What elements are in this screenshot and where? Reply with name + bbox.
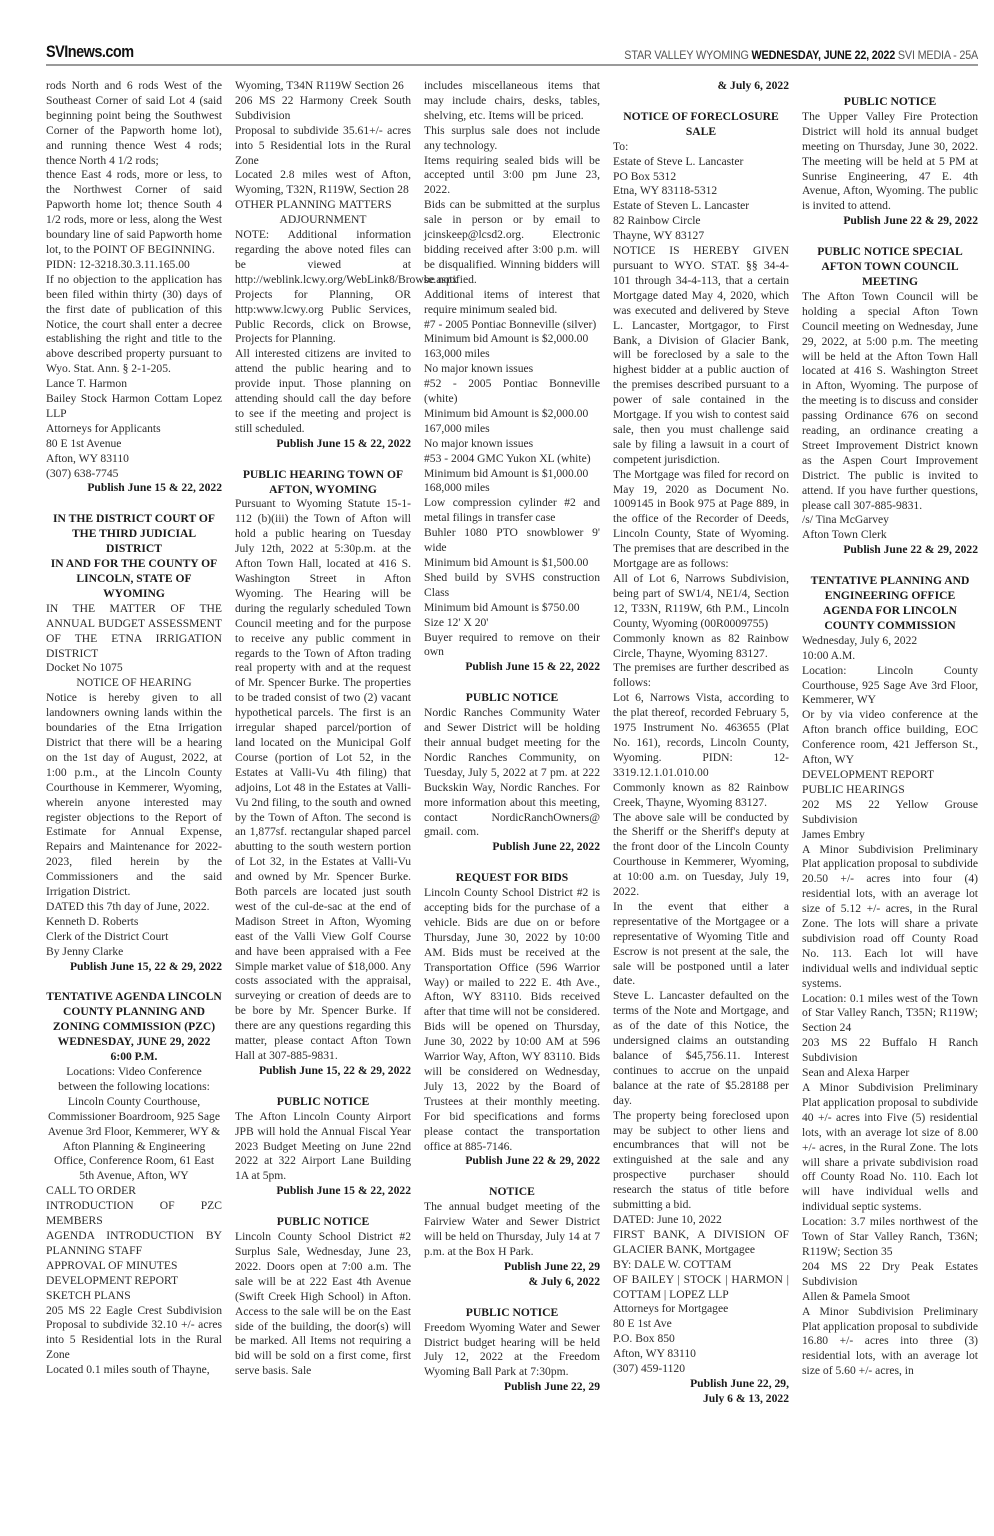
notice-heading: PUBLIC NOTICE <box>235 1215 411 1230</box>
notice-paragraph: NOTE: Additional information regarding t… <box>235 228 411 347</box>
notice-line: Lance T. Harmon <box>46 377 222 392</box>
notice-heading: PUBLIC NOTICE SPECIAL AFTON TOWN COUNCIL… <box>802 245 978 290</box>
dateline-suffix: SVI MEDIA - 25A <box>895 48 978 62</box>
publish-dates: Publish June 22, 2022 <box>424 840 600 855</box>
publish-dates: Publish June 15 & 22, 2022 <box>424 660 600 675</box>
notice-line: Wednesday, July 6, 2022 <box>802 634 978 649</box>
notice-paragraph: This surplus sale does not include any t… <box>424 124 600 154</box>
notice-line: No major known issues <box>424 437 600 452</box>
notice-paragraph: All interested citizens are invited to a… <box>235 347 411 436</box>
notice-centered-line: Locations: Video Conference between the … <box>46 1065 222 1184</box>
notice-line: OTHER PLANNING MATTERS <box>235 198 411 213</box>
notice-paragraph: IN THE MATTER OF THE ANNUAL BUDGET ASSES… <box>46 602 222 662</box>
notice-separator <box>424 1290 600 1306</box>
notice-line: Estate of Steven L. Lancaster <box>613 199 789 214</box>
notice-paragraph: Bids can be submitted at the surplus sal… <box>424 198 600 287</box>
publish-dates: & July 6, 2022 <box>424 1275 600 1290</box>
notice-heading: IN AND FOR THE COUNTY OF LINCOLN, STATE … <box>46 557 222 602</box>
notice-paragraph: Commonly known as 82 Rainbow Creek, Thay… <box>613 781 789 811</box>
notice-paragraph: Lot 6, Narrows Vista, according to the p… <box>613 691 789 780</box>
notice-paragraph: Wyoming, T34N R119W Section 26 <box>235 79 411 94</box>
notice-paragraph: Bailey Stock Harmon Cottam Lopez LLP <box>46 392 222 422</box>
notice-line: 163,000 miles <box>424 347 600 362</box>
notice-heading: NOTICE OF FORECLOSURE SALE <box>613 110 789 140</box>
notice-paragraph: In the event that either a representativ… <box>613 900 789 989</box>
notice-paragraph: The premises are further described as fo… <box>613 661 789 691</box>
notice-line: #53 - 2004 GMC Yukon XL (white) <box>424 452 600 467</box>
notice-line: Minimum bid Amount is $1,000.00 <box>424 467 600 482</box>
publish-dates: & July 6, 2022 <box>613 79 789 94</box>
notice-separator <box>424 675 600 691</box>
notice-paragraph: OF BAILEY | STOCK | HARMON | COTTAM | LO… <box>613 1273 789 1303</box>
notice-line: DATED this 7th day of June, 2022. <box>46 900 222 915</box>
notice-heading: TENTATIVE AGENDA LINCOLN COUNTY PLANNING… <box>46 990 222 1065</box>
notice-paragraph: The Afton Town Council will be holding a… <box>802 290 978 514</box>
notice-line: 82 Rainbow Circle <box>613 214 789 229</box>
notice-heading: PUBLIC HEARING TOWN OF AFTON, WYOMING <box>235 468 411 498</box>
notice-heading: PUBLIC NOTICE <box>802 95 978 110</box>
notice-line: Docket No 1075 <box>46 661 222 676</box>
notice-line: Allen & Pamela Smoot <box>802 1290 978 1305</box>
notice-line: SKETCH PLANS <box>46 1289 222 1304</box>
notice-separator <box>802 558 978 574</box>
notice-paragraph: Nordic Ranches Community Water and Sewer… <box>424 706 600 840</box>
notice-separator <box>613 94 789 110</box>
notice-line: Attorneys for Applicants <box>46 422 222 437</box>
notice-separator <box>802 79 978 95</box>
notice-line: Afton Town Clerk <box>802 528 978 543</box>
notice-line: No major known issues <box>424 362 600 377</box>
notice-paragraph: Steve L. Lancaster defaulted on the term… <box>613 989 789 1108</box>
notice-paragraph: Located 2.8 miles west of Afton, Wyoming… <box>235 168 411 198</box>
publish-dates: Publish June 15, 22 & 29, 2022 <box>235 1064 411 1079</box>
notice-paragraph: Low compression cylinder #2 and metal fi… <box>424 496 600 526</box>
notice-separator <box>46 974 222 990</box>
notice-paragraph: Proposal to subdivide 35.61+/- acres int… <box>235 124 411 169</box>
site-name: SVInews.com <box>46 42 134 62</box>
publish-dates: Publish June 22, 29 <box>424 1260 600 1275</box>
publish-dates: Publish June 15, 22 & 29, 2022 <box>46 960 222 975</box>
notice-paragraph: 205 MS 22 Eagle Crest Subdivision Propos… <box>46 1304 222 1364</box>
notice-line: APPROVAL OF MINUTES <box>46 1259 222 1274</box>
column-3: includes miscellaneous items that may in… <box>424 79 600 1524</box>
notice-heading: PUBLIC NOTICE <box>235 1095 411 1110</box>
publish-dates: Publish June 22, 29, <box>613 1377 789 1392</box>
publish-dates: Publish June 15 & 22, 2022 <box>46 481 222 496</box>
notice-paragraph: Or by via video conference at the Afton … <box>802 708 978 768</box>
notice-paragraph: Pursuant to Wyoming Statute 15-1-112 (b)… <box>235 497 411 1063</box>
notice-centered-line: NOTICE OF HEARING <box>46 676 222 691</box>
notice-paragraph: Lincoln County School District #2 Surplu… <box>235 1230 411 1379</box>
notice-line: 168,000 miles <box>424 481 600 496</box>
notice-line: James Embry <box>802 828 978 843</box>
notice-heading: PUBLIC NOTICE <box>424 691 600 706</box>
dateline-date: WEDNESDAY, JUNE 22, 2022 <box>751 48 895 62</box>
notice-line: Afton, WY 83110 <box>46 452 222 467</box>
notice-heading: NOTICE <box>424 1185 600 1200</box>
notice-paragraph: A Minor Subdivision Preliminary Plat app… <box>802 843 978 992</box>
publish-dates: Publish June 22 & 29, 2022 <box>424 1154 600 1169</box>
notice-line: Etna, WY 83118-5312 <box>613 184 789 199</box>
notice-line: Afton, WY 83110 <box>613 1347 789 1362</box>
notice-paragraph: Buhler 1080 PTO snowblower 9' wide <box>424 526 600 556</box>
notice-line: /s/ Tina McGarvey <box>802 513 978 528</box>
notice-line: Kenneth D. Roberts <box>46 915 222 930</box>
notice-paragraph: 203 MS 22 Buffalo H Ranch Subdivision <box>802 1036 978 1066</box>
notice-line: Thayne, WY 83127 <box>613 229 789 244</box>
notice-paragraph: The Upper Valley Fire Protection Distric… <box>802 110 978 214</box>
publish-dates: July 6 & 13, 2022 <box>613 1392 789 1407</box>
notice-paragraph: PIDN: 12-3218.30.3.11.165.00 <box>46 258 222 273</box>
notice-line: Minimum bid Amount is $1,500.00 <box>424 556 600 571</box>
notice-separator <box>424 1169 600 1185</box>
notice-line: To: <box>613 140 789 155</box>
publish-dates: Publish June 22 & 29, 2022 <box>802 214 978 229</box>
notice-paragraph: The Afton Lincoln County Airport JPB wil… <box>235 1110 411 1185</box>
notice-paragraph: A Minor Subdivision Preliminary Plat app… <box>802 1305 978 1380</box>
notice-line: Minimum bid Amount is $750.00 <box>424 601 600 616</box>
notice-line: DEVELOPMENT REPORT <box>46 1274 222 1289</box>
notice-line: Estate of Steve L. Lancaster <box>613 155 789 170</box>
notice-paragraph: If no objection to the application has b… <box>46 273 222 377</box>
notice-paragraph: 204 MS 22 Dry Peak Estates Subdivision <box>802 1260 978 1290</box>
notice-paragraph: AGENDA INTRODUCTION BY PLANNING STAFF <box>46 1229 222 1259</box>
notice-separator <box>802 229 978 245</box>
notice-paragraph: includes miscellaneous items that may in… <box>424 79 600 124</box>
notice-line: CALL TO ORDER <box>46 1184 222 1199</box>
notice-paragraph: A Minor Subdivision Preliminary Plat app… <box>802 1081 978 1215</box>
publish-dates: Publish June 22, 29 <box>424 1380 600 1395</box>
notice-line: 80 E 1st Ave <box>613 1317 789 1332</box>
legal-notices-columns: rods North and 6 rods West of the Southe… <box>46 79 978 1524</box>
notice-line: PO Box 5312 <box>613 170 789 185</box>
notice-paragraph: The annual budget meeting of the Fairvie… <box>424 1200 600 1260</box>
notice-paragraph: Items requiring sealed bids will be acce… <box>424 154 600 199</box>
notice-line: By Jenny Clarke <box>46 945 222 960</box>
notice-line: Minimum bid Amount is $2,000.00 <box>424 332 600 347</box>
notice-paragraph: 206 MS 22 Harmony Creek South Subdivisio… <box>235 94 411 124</box>
notice-line: DEVELOPMENT REPORT <box>802 768 978 783</box>
dateline-prefix: STAR VALLEY WYOMING <box>624 48 751 62</box>
notice-paragraph: INTRODUCTION OF PZC MEMBERS <box>46 1199 222 1229</box>
notice-paragraph: NOTICE IS HEREBY GIVEN pursuant to WYO. … <box>613 244 789 468</box>
notice-paragraph: All of Lot 6, Narrows Subdivision, being… <box>613 572 789 632</box>
notice-paragraph: #7 - 2005 Pontiac Bonneville (silver) <box>424 318 600 333</box>
notice-centered-line: ADJOURNMENT <box>235 213 411 228</box>
notice-paragraph: Shed build by SVHS construction Class <box>424 571 600 601</box>
notice-paragraph: Location: Lincoln County Courthouse, 925… <box>802 664 978 709</box>
notice-paragraph: Located 0.1 miles south of Thayne, <box>46 1363 222 1378</box>
notice-paragraph: FIRST BANK, A DIVISION OF GLACIER BANK, … <box>613 1228 789 1258</box>
notice-separator <box>235 452 411 468</box>
notice-paragraph: The property being foreclosed upon may b… <box>613 1109 789 1213</box>
notice-separator <box>235 1079 411 1095</box>
notice-line: Size 12' X 20' <box>424 616 600 631</box>
notice-separator <box>46 496 222 512</box>
column-2: Wyoming, T34N R119W Section 26206 MS 22 … <box>235 79 411 1524</box>
publish-dates: Publish June 22 & 29, 2022 <box>802 543 978 558</box>
column-4: & July 6, 2022NOTICE OF FORECLOSURE SALE… <box>613 79 789 1524</box>
notice-separator <box>424 855 600 871</box>
column-5: PUBLIC NOTICEThe Upper Valley Fire Prote… <box>802 79 978 1524</box>
notice-heading: TENTATIVE PLANNING AND ENGINEERING OFFIC… <box>802 574 978 634</box>
notice-paragraph: 202 MS 22 Yellow Grouse Subdivision <box>802 798 978 828</box>
notice-paragraph: Location: 0.1 miles west of the Town of … <box>802 992 978 1037</box>
notice-line: Sean and Alexa Harper <box>802 1066 978 1081</box>
notice-separator <box>235 1199 411 1215</box>
notice-paragraph: Location: 3.7 miles northwest of the Tow… <box>802 1215 978 1260</box>
notice-paragraph: Notice is hereby given to all landowners… <box>46 691 222 900</box>
notice-paragraph: Freedom Wyoming Water and Sewer District… <box>424 1321 600 1381</box>
notice-paragraph: Buyer required to remove on their own <box>424 631 600 661</box>
notice-line: 10:00 A.M. <box>802 649 978 664</box>
notice-line: 80 E 1st Avenue <box>46 437 222 452</box>
notice-line: PUBLIC HEARINGS <box>802 783 978 798</box>
notice-line: 167,000 miles <box>424 422 600 437</box>
notice-line: Attorneys for Mortgagee <box>613 1302 789 1317</box>
notice-paragraph: rods North and 6 rods West of the Southe… <box>46 79 222 168</box>
notice-heading: PUBLIC NOTICE <box>424 1306 600 1321</box>
notice-heading: REQUEST FOR BIDS <box>424 871 600 886</box>
notice-paragraph: Lincoln County School District #2 is acc… <box>424 886 600 1154</box>
notice-line: (307) 459-1120 <box>613 1362 789 1377</box>
masthead: SVInews.com STAR VALLEY WYOMING WEDNESDA… <box>46 40 978 66</box>
notice-paragraph: thence East 4 rods, more or less, to the… <box>46 168 222 257</box>
notice-paragraph: Commonly known as 82 Rainbow Circle, Tha… <box>613 632 789 662</box>
notice-paragraph: Additional items of interest that requir… <box>424 288 600 318</box>
dateline: STAR VALLEY WYOMING WEDNESDAY, JUNE 22, … <box>624 48 978 62</box>
notice-paragraph: The above sale will be conducted by the … <box>613 811 789 900</box>
publish-dates: Publish June 15 & 22, 2022 <box>235 1184 411 1199</box>
notice-line: P.O. Box 850 <box>613 1332 789 1347</box>
notice-line: (307) 638-7745 <box>46 467 222 482</box>
notice-heading: IN THE DISTRICT COURT OF THE THIRD JUDIC… <box>46 512 222 557</box>
publish-dates: Publish June 15 & 22, 2022 <box>235 437 411 452</box>
notice-line: Clerk of the District Court <box>46 930 222 945</box>
notice-line: BY: DALE W. COTTAM <box>613 1258 789 1273</box>
notice-line: DATED: June 10, 2022 <box>613 1213 789 1228</box>
notice-line: Minimum bid Amount is $2,000.00 <box>424 407 600 422</box>
notice-paragraph: #52 - 2005 Pontiac Bonneville (white) <box>424 377 600 407</box>
notice-paragraph: The Mortgage was filed for record on May… <box>613 468 789 572</box>
column-1: rods North and 6 rods West of the Southe… <box>46 79 222 1524</box>
